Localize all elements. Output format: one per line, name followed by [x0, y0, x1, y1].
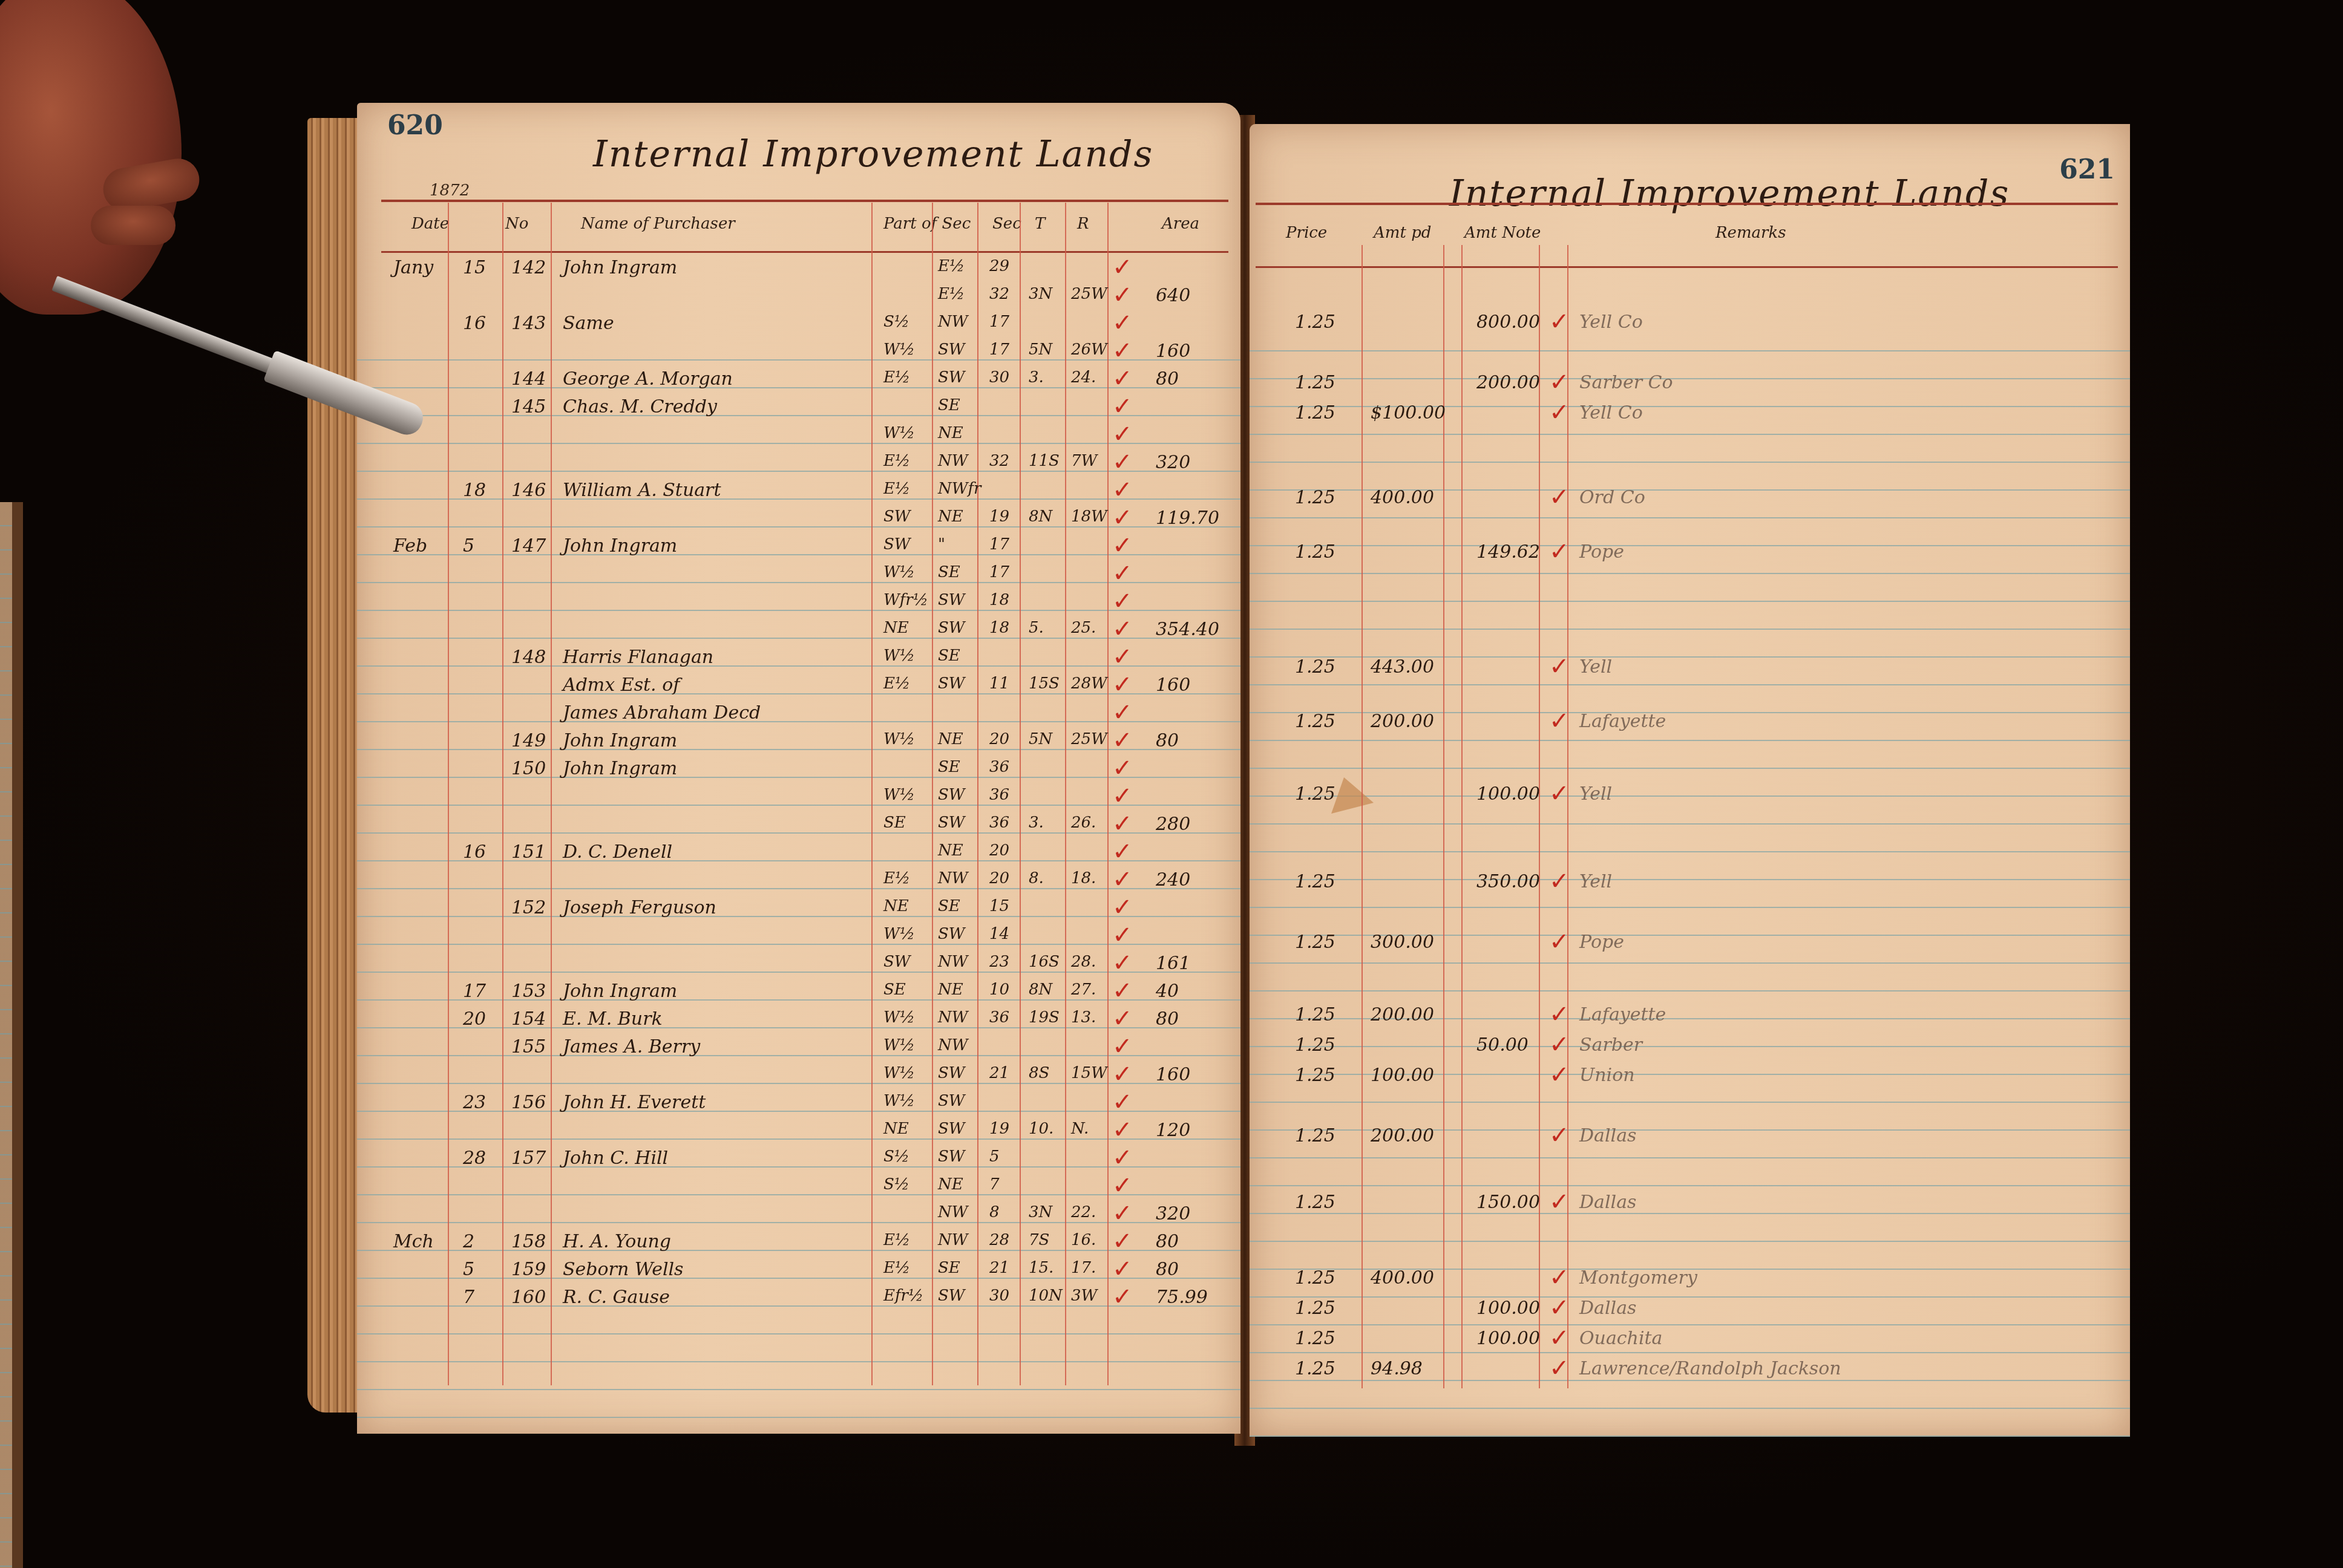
page-title: Internal Improvement Lands [593, 133, 1153, 175]
quarter-section: SW [938, 786, 965, 804]
column-header: Amt pd [1374, 224, 1431, 242]
range: 28W [1071, 675, 1107, 693]
column-header: Amt Note [1464, 224, 1541, 242]
price-per-acre: 1.25 [1295, 1004, 1335, 1025]
purchaser-name: John Ingram [563, 981, 677, 1002]
check-mark-icon: ✓ [1112, 949, 1133, 977]
section: 5 [989, 1148, 1000, 1166]
range: 15W [1071, 1064, 1107, 1082]
range: 26W [1071, 341, 1107, 359]
purchaser-name: John H. Everett [563, 1092, 706, 1113]
section: 19 [989, 508, 1009, 526]
check-mark-icon: ✓ [1112, 977, 1133, 1005]
entry-number: 150 [511, 758, 546, 779]
range: 25W [1071, 285, 1107, 303]
check-mark-icon: ✓ [1112, 448, 1133, 476]
quarter-section: SE [938, 1259, 960, 1277]
part-of-section: S½ [883, 1175, 909, 1194]
remarks-county: Dallas [1579, 1298, 1636, 1319]
check-mark-icon: ✓ [1112, 1172, 1133, 1200]
area-acres: 354.40 [1156, 619, 1219, 640]
check-mark-icon: ✓ [1112, 365, 1133, 393]
check-mark-icon: ✓ [1112, 420, 1133, 448]
section: 11 [989, 675, 1009, 693]
amount-note: 100.00 [1476, 783, 1540, 805]
amount-paid: 400.00 [1371, 1267, 1434, 1289]
area-acres: 160 [1156, 1064, 1190, 1085]
check-mark-icon: ✓ [1112, 866, 1133, 893]
remarks-county: Dallas [1579, 1192, 1636, 1213]
check-mark-icon: ✓ [1112, 1283, 1133, 1311]
part-of-section: SW [883, 953, 911, 971]
part-of-section: W½ [883, 647, 915, 665]
column-header: No [505, 215, 528, 233]
column-rule [932, 203, 933, 1385]
check-mark-icon: ✓ [1112, 671, 1133, 699]
quarter-section: SW [938, 925, 965, 943]
range: 17. [1071, 1259, 1096, 1277]
purchaser-name: John Ingram [563, 758, 677, 779]
entry-number: 152 [511, 897, 546, 918]
part-of-section: Efr½ [883, 1287, 923, 1305]
entry-month: Jany [393, 257, 433, 278]
check-mark-icon: ✓ [1112, 504, 1133, 532]
area-acres: 240 [1156, 869, 1190, 890]
entry-day: 17 [463, 981, 486, 1002]
remarks-county: Yell [1579, 871, 1612, 892]
quarter-section: NW [938, 1231, 968, 1249]
entry-month: Mch [393, 1231, 434, 1252]
ledger-page-right: 621 Internal Improvement Lands PriceAmt … [1250, 124, 2130, 1437]
check-mark-icon: ✓ [1549, 780, 1570, 808]
remarks-county: Lafayette [1579, 711, 1666, 732]
range: 26. [1071, 814, 1096, 832]
entry-day: 5 [463, 1259, 474, 1280]
township: 3N [1029, 285, 1052, 303]
range: N. [1071, 1120, 1089, 1138]
price-per-acre: 1.25 [1295, 1192, 1335, 1213]
remarks-county: Pope [1579, 932, 1624, 953]
range: 25W [1071, 730, 1107, 748]
entry-number: 146 [511, 480, 546, 501]
remarks-county: Union [1579, 1065, 1635, 1086]
quarter-section: SW [938, 341, 965, 359]
area-acres: 80 [1156, 1231, 1179, 1252]
page-number: 621 [2059, 154, 2115, 185]
section: 15 [989, 897, 1009, 915]
check-mark-icon: ✓ [1112, 643, 1133, 671]
check-mark-icon: ✓ [1549, 653, 1570, 681]
entry-number: 160 [511, 1287, 546, 1308]
entry-number: 144 [511, 368, 546, 390]
check-mark-icon: ✓ [1112, 1088, 1133, 1116]
ledger-year: 1872 [430, 181, 470, 200]
area-acres: 160 [1156, 341, 1190, 362]
purchaser-name: George A. Morgan [563, 368, 733, 390]
remarks-county: Yell [1579, 783, 1612, 805]
amount-paid: 94.98 [1371, 1358, 1423, 1379]
column-rule [1461, 245, 1463, 1388]
range: 18. [1071, 869, 1096, 887]
area-acres: 80 [1156, 730, 1179, 751]
purchaser-name: John Ingram [563, 730, 677, 751]
column-rule [551, 203, 552, 1385]
remarks-county: Lafayette [1579, 1004, 1666, 1025]
amount-note: 100.00 [1476, 1328, 1540, 1349]
township: 10N [1029, 1287, 1063, 1305]
price-per-acre: 1.25 [1295, 1298, 1335, 1319]
column-rule [502, 203, 503, 1385]
finger [91, 206, 175, 245]
price-per-acre: 1.25 [1295, 1267, 1335, 1289]
area-acres: 160 [1156, 675, 1190, 696]
section: 7 [989, 1175, 1000, 1194]
purchaser-name: E. M. Burk [563, 1008, 663, 1030]
remarks-county: Yell [1579, 656, 1612, 678]
price-per-acre: 1.25 [1295, 711, 1335, 732]
check-mark-icon: ✓ [1112, 560, 1133, 587]
section: 36 [989, 786, 1009, 804]
range: 18W [1071, 508, 1107, 526]
range: 27. [1071, 981, 1096, 999]
amount-note: 149.62 [1476, 541, 1540, 563]
section: 18 [989, 591, 1009, 609]
quarter-section: NW [938, 1036, 968, 1054]
purchaser-name: William A. Stuart [563, 480, 721, 501]
remarks-county: Yell Co [1579, 402, 1643, 423]
check-mark-icon: ✓ [1112, 281, 1133, 309]
price-per-acre: 1.25 [1295, 871, 1335, 892]
adjacent-book-edge [12, 502, 23, 1568]
purchaser-name: R. C. Gause [563, 1287, 670, 1308]
part-of-section: NE [883, 1120, 909, 1138]
entry-number: 142 [511, 257, 546, 278]
section: 8 [989, 1203, 1000, 1221]
township: 5N [1029, 341, 1052, 359]
remarks-county: Ouachita [1579, 1328, 1662, 1349]
township: 15S [1029, 675, 1060, 693]
section: 20 [989, 841, 1009, 860]
quarter-section: SW [938, 591, 965, 609]
check-mark-icon: ✓ [1112, 921, 1133, 949]
quarter-section: NWfr [938, 480, 981, 498]
remarks-county: Yell Co [1579, 312, 1643, 333]
part-of-section: E½ [883, 368, 910, 387]
entry-number: 154 [511, 1008, 546, 1030]
price-per-acre: 1.25 [1295, 372, 1335, 393]
township: 3. [1029, 368, 1044, 387]
check-mark-icon: ✓ [1549, 1188, 1570, 1216]
quarter-section: SW [938, 1092, 965, 1110]
part-of-section: S½ [883, 1148, 909, 1166]
check-mark-icon: ✓ [1112, 476, 1133, 504]
quarter-section: " [938, 535, 945, 554]
check-mark-icon: ✓ [1549, 928, 1570, 956]
section: 20 [989, 869, 1009, 887]
part-of-section: W½ [883, 563, 915, 581]
section: 21 [989, 1259, 1009, 1277]
area-acres: 80 [1156, 1259, 1179, 1280]
check-mark-icon: ✓ [1112, 337, 1133, 365]
entry-number: 153 [511, 981, 546, 1002]
range: 22. [1071, 1203, 1096, 1221]
remarks-county: Ord Co [1579, 487, 1645, 508]
header-rule-bottom [1256, 266, 2118, 268]
price-per-acre: 1.25 [1295, 487, 1335, 508]
amount-paid: 100.00 [1371, 1065, 1434, 1086]
check-mark-icon: ✓ [1112, 253, 1133, 281]
section: 30 [989, 1287, 1009, 1305]
section: 17 [989, 563, 1009, 581]
price-per-acre: 1.25 [1295, 1328, 1335, 1349]
remarks-county: Pope [1579, 541, 1624, 563]
range: 3W [1071, 1287, 1097, 1305]
quarter-section: NW [938, 1008, 968, 1027]
check-mark-icon: ✓ [1549, 1061, 1570, 1089]
part-of-section: NE [883, 619, 909, 637]
part-of-section: SW [883, 535, 911, 554]
price-per-acre: 1.25 [1295, 1034, 1335, 1056]
remarks-county: Lawrence/Randolph Jackson [1579, 1358, 1841, 1379]
quarter-section: NE [938, 730, 963, 748]
price-per-acre: 1.25 [1295, 932, 1335, 953]
check-mark-icon: ✓ [1549, 1001, 1570, 1028]
entry-day: 18 [463, 480, 486, 501]
quarter-section: NW [938, 313, 968, 331]
section: 19 [989, 1120, 1009, 1138]
price-per-acre: 1.25 [1295, 1358, 1335, 1379]
quarter-section: NW [938, 869, 968, 887]
entry-number: 149 [511, 730, 546, 751]
quarter-section: NW [938, 1203, 968, 1221]
section: 17 [989, 313, 1009, 331]
header-rule-bottom [381, 251, 1228, 253]
check-mark-icon: ✓ [1549, 1031, 1570, 1059]
quarter-section: SE [938, 758, 960, 776]
check-mark-icon: ✓ [1112, 1033, 1133, 1060]
quarter-section: E½ [938, 285, 965, 303]
check-mark-icon: ✓ [1549, 1324, 1570, 1352]
part-of-section: E½ [883, 452, 910, 470]
township: 11S [1029, 452, 1060, 470]
township: 16S [1029, 953, 1060, 971]
amount-paid: 200.00 [1371, 711, 1434, 732]
purchaser-name: Admx Est. of [563, 675, 680, 696]
price-per-acre: 1.25 [1295, 783, 1335, 805]
price-per-acre: 1.25 [1295, 1065, 1335, 1086]
check-mark-icon: ✓ [1549, 483, 1570, 511]
check-mark-icon: ✓ [1112, 838, 1133, 866]
check-mark-icon: ✓ [1112, 754, 1133, 782]
quarter-section: SE [938, 897, 960, 915]
purchaser-name: Joseph Ferguson [563, 897, 716, 918]
entry-day: 2 [463, 1231, 474, 1252]
township: 19S [1029, 1008, 1060, 1027]
part-of-section: SW [883, 508, 911, 526]
part-of-section: W½ [883, 925, 915, 943]
purchaser-name: Seborn Wells [563, 1259, 684, 1280]
part-of-section: NE [883, 897, 909, 915]
check-mark-icon: ✓ [1112, 1200, 1133, 1227]
area-acres: 640 [1156, 285, 1190, 306]
check-mark-icon: ✓ [1549, 1354, 1570, 1382]
amount-paid: 300.00 [1371, 932, 1434, 953]
check-mark-icon: ✓ [1112, 810, 1133, 838]
section: 20 [989, 730, 1009, 748]
entry-number: 156 [511, 1092, 546, 1113]
page-stack-edge [307, 118, 362, 1413]
part-of-section: SE [883, 814, 906, 832]
part-of-section: Wfr½ [883, 591, 928, 609]
entry-day: 16 [463, 313, 486, 334]
column-rule [1539, 245, 1540, 1388]
area-acres: 80 [1156, 368, 1179, 390]
check-mark-icon: ✓ [1112, 587, 1133, 615]
check-mark-icon: ✓ [1549, 1122, 1570, 1149]
area-acres: 119.70 [1156, 508, 1219, 529]
part-of-section: W½ [883, 424, 915, 442]
column-header: Area [1162, 215, 1199, 233]
amount-paid: 443.00 [1371, 656, 1434, 678]
remarks-county: Sarber Co [1579, 372, 1673, 393]
section: 29 [989, 257, 1009, 275]
check-mark-icon: ✓ [1112, 727, 1133, 754]
header-rule-top [1256, 203, 2118, 205]
entry-number: 151 [511, 841, 546, 863]
check-mark-icon: ✓ [1549, 1264, 1570, 1292]
check-mark-icon: ✓ [1112, 615, 1133, 643]
purchaser-name: H. A. Young [563, 1231, 671, 1252]
area-acres: 120 [1156, 1120, 1190, 1141]
amount-paid: $100.00 [1371, 402, 1446, 423]
township: 8N [1029, 508, 1052, 526]
amount-paid: 200.00 [1371, 1004, 1434, 1025]
purchaser-name: D. C. Denell [563, 841, 672, 863]
entry-number: 147 [511, 535, 546, 557]
entry-number: 155 [511, 1036, 546, 1057]
section: 36 [989, 814, 1009, 832]
column-header: T [1035, 215, 1045, 233]
column-rule [1020, 203, 1021, 1385]
section: 30 [989, 368, 1009, 387]
range: 7W [1071, 452, 1097, 470]
column-rule [1065, 203, 1066, 1385]
area-acres: 280 [1156, 814, 1190, 835]
ledger-page-left: 620 Internal Improvement Lands 1872 Date… [357, 103, 1240, 1434]
check-mark-icon: ✓ [1112, 893, 1133, 921]
check-mark-icon: ✓ [1112, 1116, 1133, 1144]
township: 8N [1029, 981, 1052, 999]
check-mark-icon: ✓ [1112, 532, 1133, 560]
township: 15. [1029, 1259, 1054, 1277]
check-mark-icon: ✓ [1549, 399, 1570, 426]
check-mark-icon: ✓ [1112, 393, 1133, 420]
quarter-section: NE [938, 508, 963, 526]
section: 14 [989, 925, 1009, 943]
column-header: Part of Sec [883, 215, 971, 233]
purchaser-name: John Ingram [563, 535, 677, 557]
entry-day: 15 [463, 257, 486, 278]
check-mark-icon: ✓ [1112, 699, 1133, 727]
township: 5N [1029, 730, 1052, 748]
check-mark-icon: ✓ [1549, 1294, 1570, 1322]
column-header: Remarks [1715, 224, 1786, 242]
check-mark-icon: ✓ [1112, 1005, 1133, 1033]
quarter-section: E½ [938, 257, 965, 275]
quarter-section: NE [938, 841, 963, 860]
column-rule [977, 203, 978, 1385]
check-mark-icon: ✓ [1549, 867, 1570, 895]
part-of-section: W½ [883, 730, 915, 748]
quarter-section: NE [938, 1175, 963, 1194]
check-mark-icon: ✓ [1549, 368, 1570, 396]
amount-note: 800.00 [1476, 312, 1540, 333]
section: 32 [989, 285, 1009, 303]
page-number: 620 [387, 110, 443, 141]
part-of-section: W½ [883, 1092, 915, 1110]
section: 36 [989, 758, 1009, 776]
quarter-section: SE [938, 563, 960, 581]
column-header: Sec [992, 215, 1021, 233]
quarter-section: NW [938, 452, 968, 470]
purchaser-name: Chas. M. Creddy [563, 396, 717, 417]
township: 3. [1029, 814, 1044, 832]
part-of-section: E½ [883, 1259, 910, 1277]
column-rule [871, 203, 873, 1385]
amount-paid: 200.00 [1371, 1125, 1434, 1146]
amount-note: 350.00 [1476, 871, 1540, 892]
remarks-county: Dallas [1579, 1125, 1636, 1146]
check-mark-icon: ✓ [1112, 1144, 1133, 1172]
price-per-acre: 1.25 [1295, 541, 1335, 563]
township: 8. [1029, 869, 1044, 887]
range: 24. [1071, 368, 1096, 387]
range: 28. [1071, 953, 1096, 971]
quarter-section: SW [938, 1148, 965, 1166]
part-of-section: W½ [883, 1036, 915, 1054]
township: 3N [1029, 1203, 1052, 1221]
part-of-section: W½ [883, 341, 915, 359]
area-acres: 40 [1156, 981, 1179, 1002]
section: 10 [989, 981, 1009, 999]
column-header: Name of Purchaser [581, 215, 735, 233]
township: 7S [1029, 1231, 1049, 1249]
column-rule [448, 203, 449, 1385]
purchaser-name: James A. Berry [563, 1036, 700, 1057]
part-of-section: S½ [883, 313, 909, 331]
amount-note: 200.00 [1476, 372, 1540, 393]
amount-note: 150.00 [1476, 1192, 1540, 1213]
section: 21 [989, 1064, 1009, 1082]
quarter-section: SE [938, 647, 960, 665]
section: 28 [989, 1231, 1009, 1249]
column-header: R [1077, 215, 1089, 233]
check-mark-icon: ✓ [1112, 309, 1133, 337]
section: 17 [989, 341, 1009, 359]
entry-number: 158 [511, 1231, 546, 1252]
amount-note: 100.00 [1476, 1298, 1540, 1319]
quarter-section: SE [938, 396, 960, 414]
column-header: Price [1286, 224, 1327, 242]
check-mark-icon: ✓ [1112, 782, 1133, 810]
quarter-section: NW [938, 953, 968, 971]
price-per-acre: 1.25 [1295, 1125, 1335, 1146]
amount-note: 50.00 [1476, 1034, 1529, 1056]
section: 32 [989, 452, 1009, 470]
entry-number: 159 [511, 1259, 546, 1280]
quarter-section: NE [938, 981, 963, 999]
entry-number: 145 [511, 396, 546, 417]
